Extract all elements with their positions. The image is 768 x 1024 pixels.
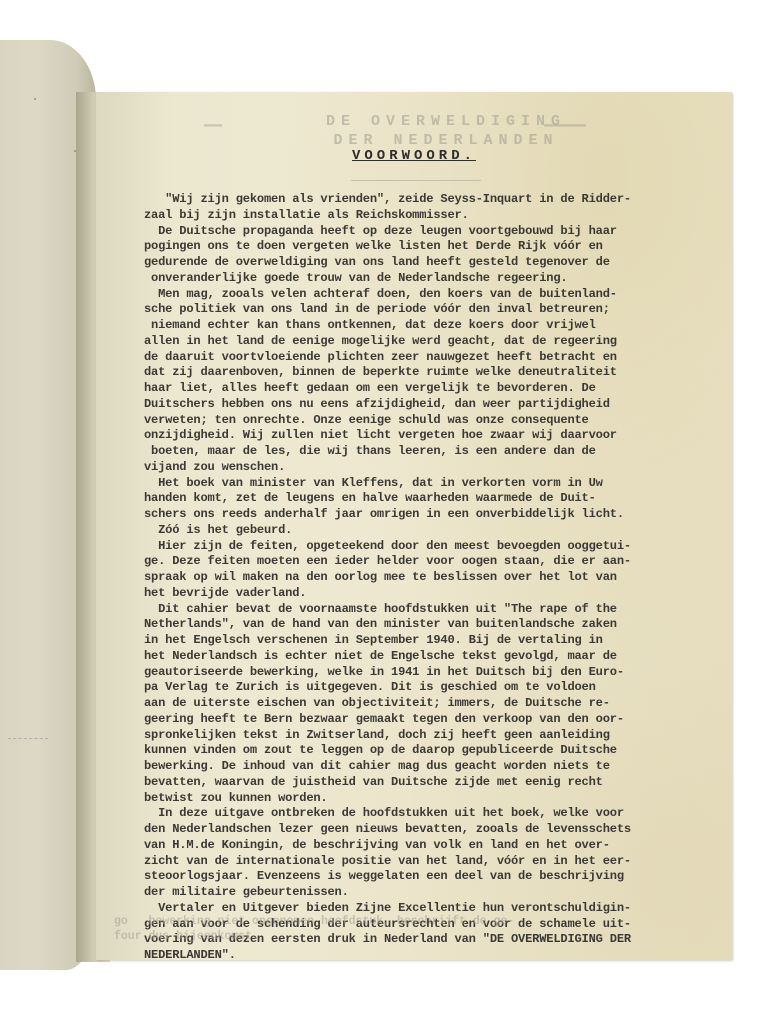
text-line: dat zij daarenboven, binnen de beperkte … bbox=[144, 365, 714, 381]
text-line: Hier zijn de feiten, opgeteekend door de… bbox=[144, 539, 714, 555]
typed-page: ▬▬▬ ▬▬▬▬▬▬▬ DE OVERWELDIGING DER NEDERLA… bbox=[96, 92, 732, 960]
bleed-through-footer: go bewerking niet opgenomen hoofdstuk, b… bbox=[114, 914, 714, 944]
title-rule bbox=[351, 180, 481, 181]
bleed-footer-line: four dus bijeenkomst. bbox=[114, 929, 714, 944]
text-line: steoorlogsjaar. Evenzeens is weggelaten … bbox=[144, 869, 714, 885]
text-line: niemand echter kan thans ontkennen, dat … bbox=[144, 318, 714, 334]
text-line: zaal bij zijn installatie als Reichskomm… bbox=[144, 208, 714, 224]
text-line: bevatten, waarvan de juistheid van Duits… bbox=[144, 775, 714, 791]
text-line: schers ons reeds anderhalf jaar omrigen … bbox=[144, 507, 714, 523]
text-line: geering heeft te Bern bezwaar gemaakt te… bbox=[144, 712, 714, 728]
text-line: bewerking. De inhoud van dit cahier mag … bbox=[144, 759, 714, 775]
bleed-heading-line: DE OVERWELDIGING bbox=[296, 112, 596, 131]
text-line: NEDERLANDEN". bbox=[144, 948, 714, 964]
text-line: geautoriseerde bewerking, welke in 1941 … bbox=[144, 665, 714, 681]
text-line: onzijdigheid. Wij zullen niet licht verg… bbox=[144, 428, 714, 444]
bleed-through-heading: DE OVERWELDIGING DER NEDERLANDEN bbox=[296, 112, 596, 150]
text-line: In deze uitgave ontbreken de hoofdstukke… bbox=[144, 806, 714, 822]
text-line: De Duitsche propaganda heeft op deze leu… bbox=[144, 224, 714, 240]
text-line: pa Verlag te Zurich is uitgegeven. Dit i… bbox=[144, 680, 714, 696]
text-line: den Nederlandschen lezer geen nieuws bev… bbox=[144, 822, 714, 838]
text-line: Dit cahier bevat de voornaamste hoofdstu… bbox=[144, 602, 714, 618]
text-line: ge. Deze feiten moeten een ieder helder … bbox=[144, 554, 714, 570]
page-title: VOORWOORD. bbox=[96, 148, 732, 164]
body-text: "Wij zijn gekomen als vrienden", zeide S… bbox=[144, 192, 714, 964]
text-line: Duitschers hebben ons nu eens afzijdighe… bbox=[144, 397, 714, 413]
text-line: Zóó is het gebeurd. bbox=[144, 523, 714, 539]
text-line: gedurende de overweldiging van ons land … bbox=[144, 255, 714, 271]
text-line: pogingen ons te doen vergeten welke list… bbox=[144, 239, 714, 255]
text-line: onveranderlijke goede trouw van de Neder… bbox=[144, 271, 714, 287]
bleed-footer-line: go bewerking niet opgenomen hoofdstuk, b… bbox=[114, 914, 714, 929]
text-line: allen in het land de eenige mogelijke we… bbox=[144, 334, 714, 350]
text-line: van H.M.de Koningin, de beschrijving van… bbox=[144, 838, 714, 854]
text-line: zicht van de internationale positie van … bbox=[144, 854, 714, 870]
bleed-through-mark: ▬▬▬ bbox=[204, 120, 222, 131]
title-text: VOORWOORD. bbox=[352, 148, 476, 164]
text-line: der militaire gebeurtenissen. bbox=[144, 885, 714, 901]
pencil-mark bbox=[8, 730, 48, 739]
text-line: boeten, maar de les, die wij thans leere… bbox=[144, 444, 714, 460]
text-line: Netherlands", van de hand van den minist… bbox=[144, 617, 714, 633]
text-line: spraak op wil maken na den oorlog mee te… bbox=[144, 570, 714, 586]
text-line: spronkelijken tekst in Zwitserland, doch… bbox=[144, 728, 714, 744]
text-line: in het Engelsch verschenen in September … bbox=[144, 633, 714, 649]
text-line: het bevrijde vaderland. bbox=[144, 586, 714, 602]
text-line: het Nederlandsch is echter niet de Engel… bbox=[144, 649, 714, 665]
paper-speck bbox=[34, 98, 36, 100]
text-line: handen komt, zet de leugens en halve waa… bbox=[144, 491, 714, 507]
text-line: sche politiek van ons land in de periode… bbox=[144, 302, 714, 318]
text-line: Het boek van minister van Kleffens, dat … bbox=[144, 476, 714, 492]
text-line: "Wij zijn gekomen als vrienden", zeide S… bbox=[144, 192, 714, 208]
text-line: aan de uiterste eischen van objectivitei… bbox=[144, 696, 714, 712]
text-line: kunnen vinden om zout te leggen op de da… bbox=[144, 743, 714, 759]
text-line: verweten; ten onrechte. Onze eenige schu… bbox=[144, 413, 714, 429]
text-line: Men mag, zooals velen achteraf doen, den… bbox=[144, 287, 714, 303]
text-line: de daaruit voortvloeiende plichten zeer … bbox=[144, 350, 714, 366]
text-line: haar liet, alles heeft gedaan om een ver… bbox=[144, 381, 714, 397]
text-line: betwist zou kunnen worden. bbox=[144, 791, 714, 807]
text-line: vijand zou wenschen. bbox=[144, 460, 714, 476]
